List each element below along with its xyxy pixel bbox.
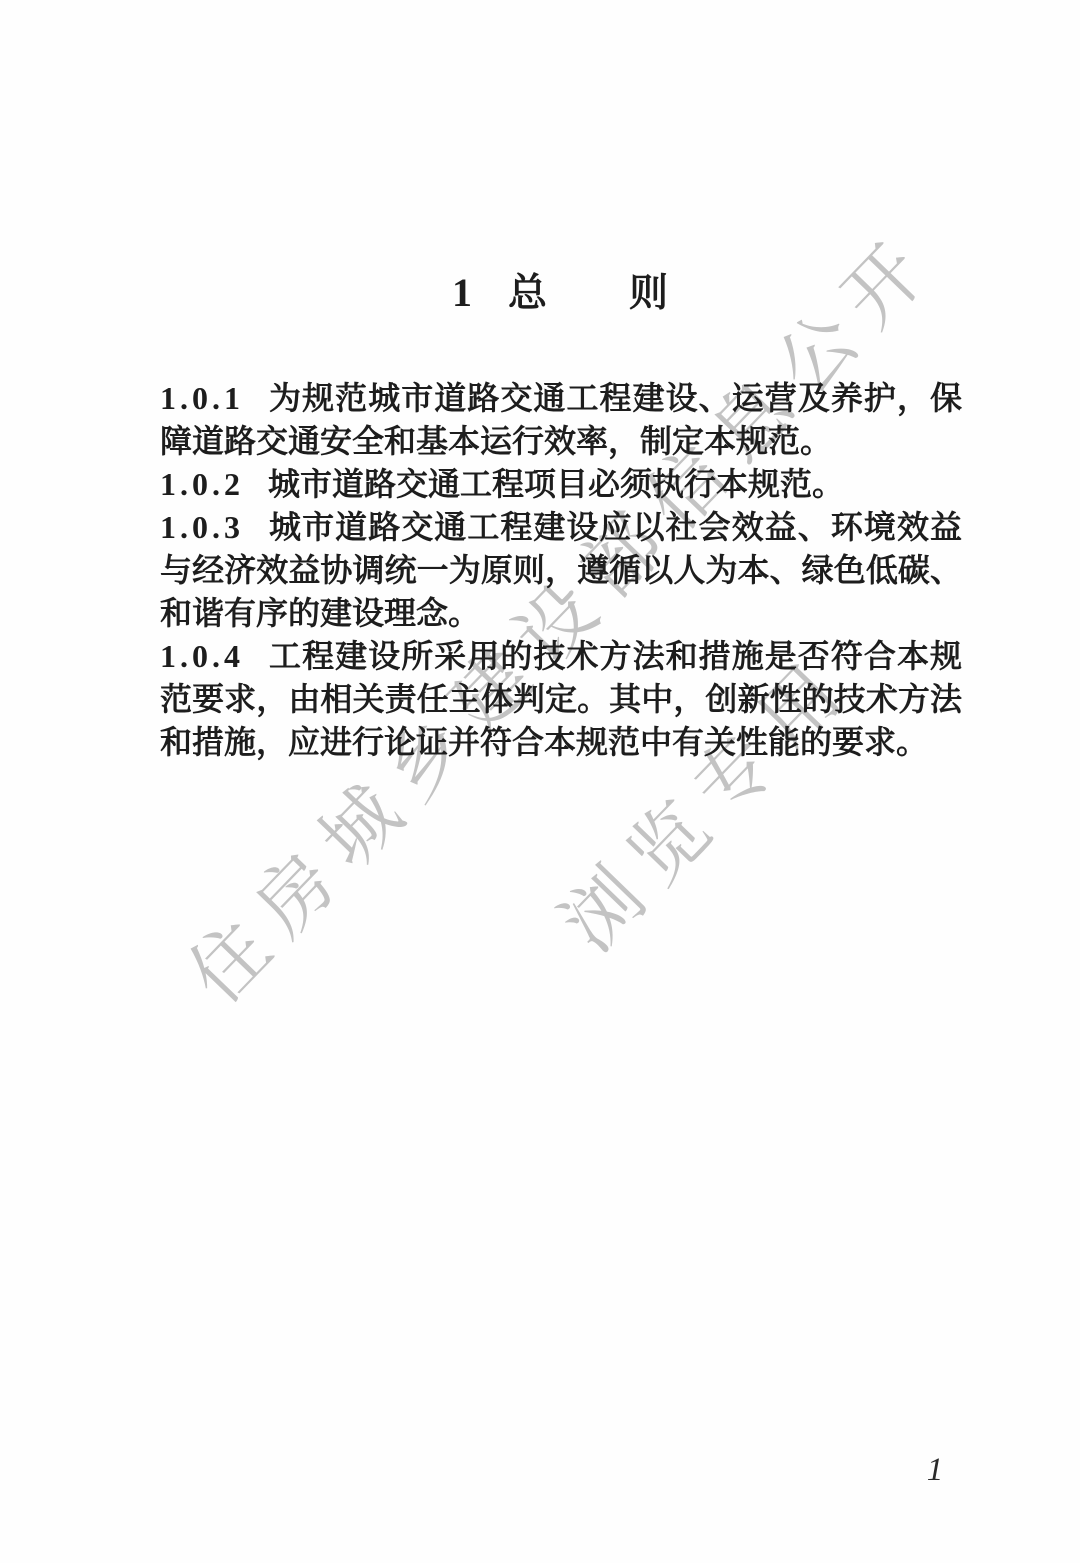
clause-paragraph: 1.0.4工程建设所采用的技术方法和措施是否符合本规范要求，由相关责任主体判定。… [160,635,962,764]
chapter-title-char-2: 则 [629,262,668,318]
clause-text: 为规范城市道路交通工程建设、运营及养护，保障道路交通安全和基本运行效率，制定本规… [160,380,962,459]
clause-number: 1.0.4 [160,638,244,674]
clause-paragraph: 1.0.2城市道路交通工程项目必须执行本规范。 [160,463,962,506]
chapter-number: 1 [452,269,472,316]
clause-text: 工程建设所采用的技术方法和措施是否符合本规范要求，由相关责任主体判定。其中，创新… [160,638,962,760]
clauses-block: 1.0.1为规范城市道路交通工程建设、运营及养护，保障道路交通安全和基本运行效率… [160,377,962,764]
clause-paragraph: 1.0.3城市道路交通工程建设应以社会效益、环境效益与经济效益协调统一为原则，遵… [160,506,962,635]
clause-paragraph: 1.0.1为规范城市道路交通工程建设、运营及养护，保障道路交通安全和基本运行效率… [160,377,962,463]
document-page: 住房城乡建设部信息公开 浏览专用 1 总 则 1.0.1为规范城市道路交通工程建… [0,0,1080,1563]
chapter-title-char-1: 总 [508,262,547,318]
clause-number: 1.0.2 [160,466,244,502]
page-number: 1 [905,1452,965,1489]
chapter-title: 1 总 则 [160,262,960,318]
clause-text: 城市道路交通工程项目必须执行本规范。 [268,466,844,502]
clause-number: 1.0.3 [160,509,244,545]
clause-number: 1.0.1 [160,380,244,416]
clause-text: 城市道路交通工程建设应以社会效益、环境效益与经济效益协调统一为原则，遵循以人为本… [160,509,962,631]
